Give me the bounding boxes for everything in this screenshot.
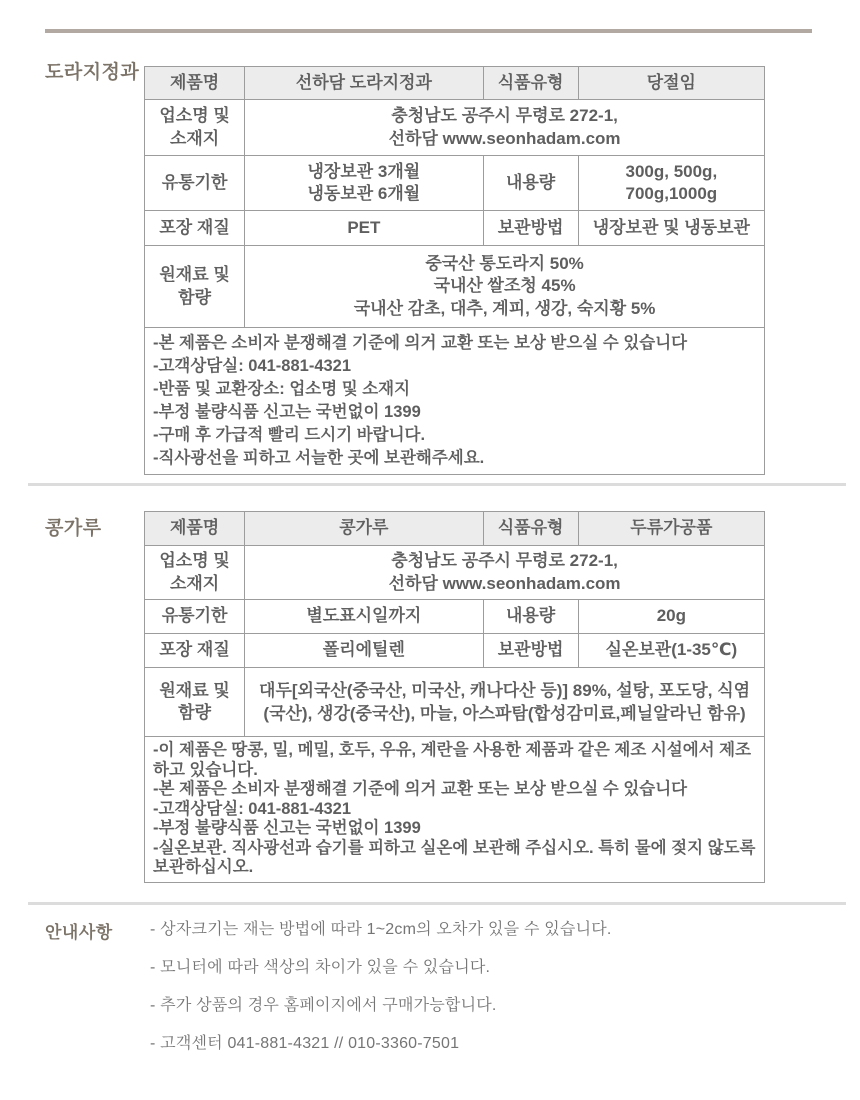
value-ingredients: 중국산 통도라지 50% 국내산 쌀조청 45% 국내산 감초, 대추, 계피,…	[245, 246, 765, 328]
label-storage: 보관방법	[483, 211, 578, 246]
product-notes: -본 제품은 소비자 분쟁해결 기준에 의거 교환 또는 보상 받으실 수 있습…	[145, 328, 765, 475]
label-ingredients: 원재료 및 함량	[145, 668, 245, 737]
value-shelf-life: 냉장보관 3개월 냉동보관 6개월	[245, 156, 483, 211]
label-net-weight: 내용량	[483, 600, 578, 634]
value-storage: 냉장보관 및 냉동보관	[578, 211, 764, 246]
value-product-name: 콩가루	[245, 512, 483, 546]
label-ingredients: 원재료 및 함량	[145, 246, 245, 328]
note-line: -직사광선을 피하고 서늘한 곳에 보관해주세요.	[153, 447, 756, 470]
note-line: -고객상담실: 041-881-4321	[153, 800, 756, 820]
section-label-dorajijeonggwa: 도라지정과	[45, 57, 139, 84]
note-line: -본 제품은 소비자 분쟁해결 기준에 의거 교환 또는 보상 받으실 수 있습…	[153, 780, 756, 800]
value-packaging: 폴리에틸렌	[245, 634, 483, 668]
notice-item: - 추가 상품의 경우 홈페이지에서 구매가능합니다.	[150, 995, 612, 1017]
notice-item: - 고객센터 041-881-4321 // 010-3360-7501	[150, 1033, 612, 1055]
top-divider	[45, 29, 812, 33]
value-food-type: 두류가공품	[578, 512, 764, 546]
label-packaging: 포장 재질	[145, 211, 245, 246]
label-shelf-life: 유통기한	[145, 600, 245, 634]
notice-item: - 상자크기는 재는 방법에 따라 1~2cm의 오차가 있을 수 있습니다.	[150, 919, 612, 941]
value-business-address: 충청남도 공주시 무령로 272-1, 선하담 www.seonhadam.co…	[245, 546, 765, 600]
section-divider	[28, 902, 846, 905]
note-line: -구매 후 가급적 빨리 드시기 바랍니다.	[153, 424, 756, 447]
value-ingredients: 대두[외국산(중국산, 미국산, 캐나다산 등)] 89%, 설탕, 포도당, …	[245, 668, 765, 737]
note-line: -부정 불량식품 신고는 국번없이 1399	[153, 819, 756, 839]
label-food-type: 식품유형	[483, 67, 578, 100]
label-food-type: 식품유형	[483, 512, 578, 546]
value-net-weight: 300g, 500g, 700g,1000g	[578, 156, 764, 211]
label-business-address: 업소명 및 소재지	[145, 546, 245, 600]
section-divider	[28, 483, 846, 486]
label-net-weight: 내용량	[483, 156, 578, 211]
value-product-name: 선하담 도라지정과	[245, 67, 483, 100]
value-storage: 실온보관(1-35℃)	[578, 634, 764, 668]
value-packaging: PET	[245, 211, 483, 246]
label-packaging: 포장 재질	[145, 634, 245, 668]
value-business-address: 충청남도 공주시 무령로 272-1, 선하담 www.seonhadam.co…	[245, 100, 765, 156]
label-product-name: 제품명	[145, 67, 245, 100]
note-line: -이 제품은 땅콩, 밀, 메밀, 호두, 우유, 계란을 사용한 제품과 같은…	[153, 741, 756, 780]
note-line: -고객상담실: 041-881-4321	[153, 355, 756, 378]
note-line: -본 제품은 소비자 분쟁해결 기준에 의거 교환 또는 보상 받으실 수 있습…	[153, 332, 756, 355]
product-table-dorajijeonggwa: 제품명 선하담 도라지정과 식품유형 당절임 업소명 및 소재지 충청남도 공주…	[144, 66, 765, 475]
value-food-type: 당절임	[578, 67, 764, 100]
label-product-name: 제품명	[145, 512, 245, 546]
value-shelf-life: 별도표시일까지	[245, 600, 483, 634]
notice-item: - 모니터에 따라 색상의 차이가 있을 수 있습니다.	[150, 957, 612, 979]
note-line: -부정 불량식품 신고는 국번없이 1399	[153, 401, 756, 424]
value-net-weight: 20g	[578, 600, 764, 634]
label-storage: 보관방법	[483, 634, 578, 668]
notice-list: - 상자크기는 재는 방법에 따라 1~2cm의 오차가 있을 수 있습니다. …	[150, 919, 612, 1071]
section-label-notice: 안내사항	[45, 918, 113, 943]
section-label-konggaru: 콩가루	[45, 513, 102, 540]
product-notes: -이 제품은 땅콩, 밀, 메밀, 호두, 우유, 계란을 사용한 제품과 같은…	[145, 737, 765, 883]
note-line: -실온보관. 직사광선과 습기를 피하고 실온에 보관해 주십시오. 특히 물에…	[153, 839, 756, 878]
label-shelf-life: 유통기한	[145, 156, 245, 211]
label-business-address: 업소명 및 소재지	[145, 100, 245, 156]
product-table-konggaru: 제품명 콩가루 식품유형 두류가공품 업소명 및 소재지 충청남도 공주시 무령…	[144, 511, 765, 883]
note-line: -반품 및 교환장소: 업소명 및 소재지	[153, 378, 756, 401]
